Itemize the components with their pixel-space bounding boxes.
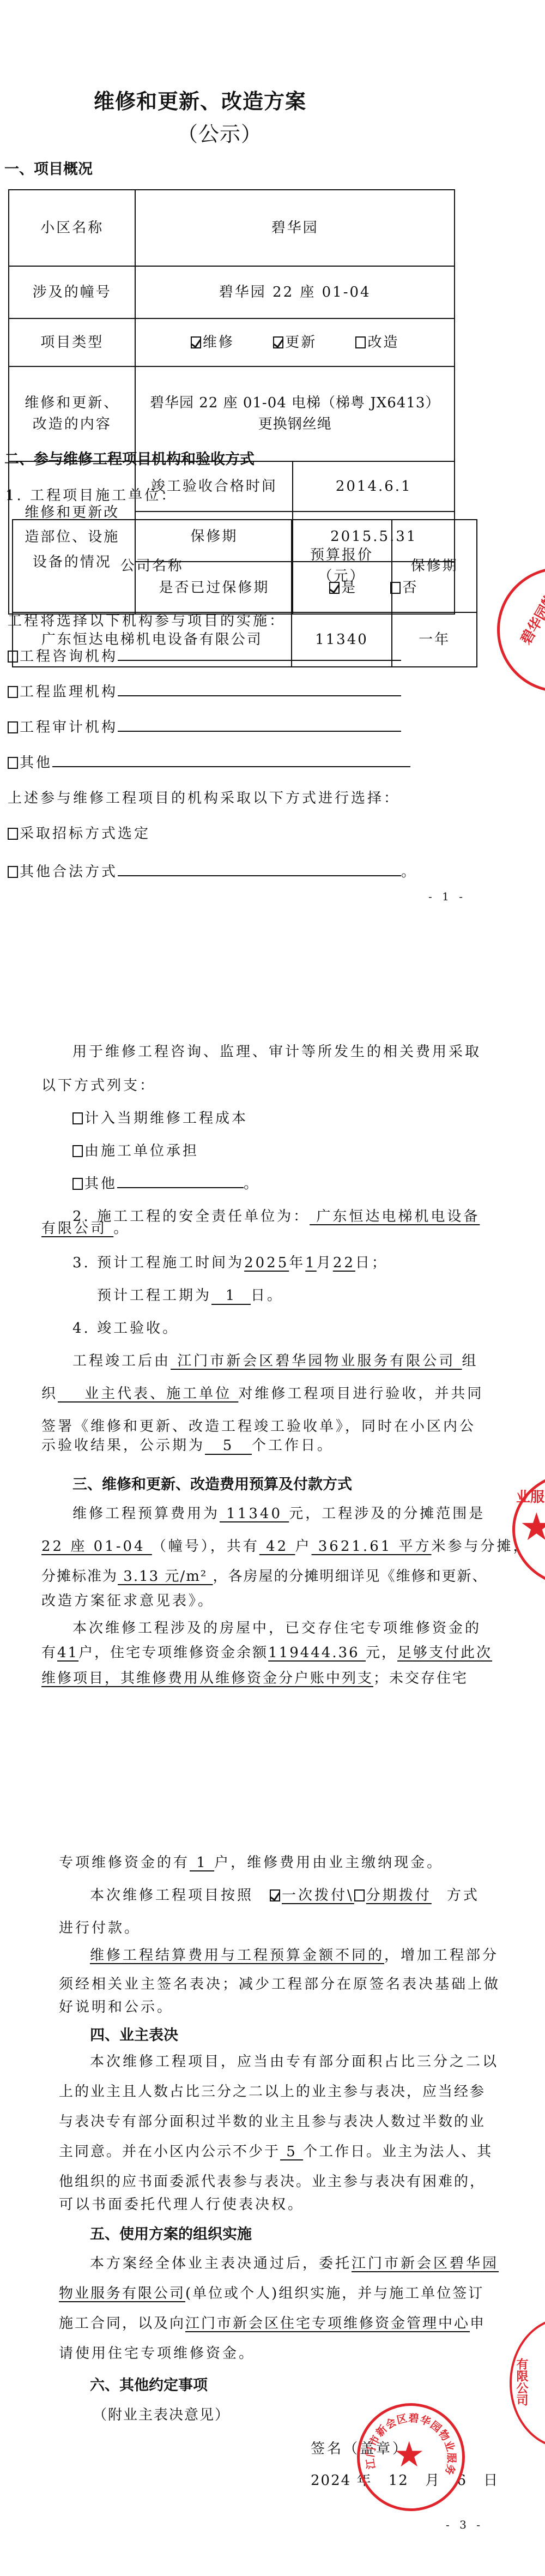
section1-heading: 一、项目概况 bbox=[4, 157, 93, 178]
blank-line[interactable] bbox=[118, 681, 401, 696]
construction-date: 3. 预计工程施工时间为2025年1月22日； bbox=[72, 1251, 388, 1272]
settle-line1: 维修工程结算费用与工程预算金额不同的，增加工程部分 bbox=[90, 1944, 499, 1964]
blank-line[interactable] bbox=[118, 646, 401, 661]
checkbox-checked-icon[interactable] bbox=[273, 336, 283, 348]
company-seal: 碧华园物 bbox=[497, 567, 545, 693]
checkbox-empty-icon[interactable] bbox=[8, 721, 18, 733]
contractor-item-label: 1. 工程项目施工单位： bbox=[5, 484, 177, 504]
section5-heading: 五、使用方案的组织实施 bbox=[90, 2222, 252, 2243]
community-label: 小区名称 bbox=[9, 190, 135, 266]
payment-line2: 进行付款。 bbox=[59, 1917, 141, 1937]
fund-line3: 维修项目，其维修费用从维修资金分户账中列支；未交存住宅 bbox=[41, 1667, 468, 1687]
company-seal-main: 江门市新会区碧华园物业服务有限公司 ★ bbox=[357, 2403, 465, 2511]
checkbox-empty-icon[interactable] bbox=[72, 1112, 83, 1124]
header-price: 预算报价 （元） bbox=[292, 520, 392, 612]
method-option-other[interactable]: 其他合法方式。 bbox=[8, 860, 417, 881]
section4-heading: 四、业主表决 bbox=[90, 2023, 178, 2044]
vote-line3: 与表决专有部分面积过半数的业主且参与表决人数过半数的业 bbox=[59, 2110, 486, 2130]
vote-line1: 本次维修工程项目，应当由专有部分面积占比三分之二以 bbox=[90, 2050, 499, 2071]
vote-line6: 可以书面委托代理人行使表决权。 bbox=[59, 2193, 304, 2213]
agency-option-supervision[interactable]: 工程监理机构 bbox=[8, 681, 401, 701]
impl-line1: 本方案经全体业主表决通过后，委托江门市新会区碧华园 bbox=[90, 2252, 499, 2272]
agency-option-audit[interactable]: 工程审计机构 bbox=[8, 716, 401, 736]
impl-line2: 物业服务有限公司(单位或个人)组织实施，并与施工单位签订 bbox=[59, 2282, 484, 2302]
fee-paragraph-line1: 用于维修工程咨询、监理、审计等所发生的相关费用采取 bbox=[72, 1040, 481, 1061]
header-warranty: 保修期 bbox=[392, 520, 477, 612]
document-title: 维修和更新、改造方案 bbox=[94, 85, 306, 115]
star-icon: ★ bbox=[519, 1508, 545, 1546]
vote-line5: 他组织的应书面委派代表参与表决。业主参与表决有困难的， bbox=[59, 2170, 486, 2190]
type-option-update[interactable]: 更新 bbox=[273, 334, 317, 351]
checkbox-checked-icon[interactable] bbox=[191, 336, 201, 348]
impl-line4: 请使用住宅专项维修资金。 bbox=[59, 2342, 255, 2362]
method-intro: 上述参与维修工程项目的机构采取以下方式进行选择： bbox=[8, 787, 400, 807]
type-options: 维修 更新 改造 bbox=[135, 318, 455, 366]
checkbox-empty-icon[interactable] bbox=[8, 866, 18, 878]
fee-option-cost[interactable]: 计入当期维修工程成本 bbox=[72, 1107, 248, 1127]
acceptance-value: 2014.6.1 bbox=[293, 461, 455, 511]
budget-line1: 维修工程预算费用为 11340 元，工程涉及的分摊范围是 bbox=[72, 1502, 485, 1522]
item4-acceptance: 4. 竣工验收。 bbox=[72, 1317, 179, 1337]
checkbox-empty-icon[interactable] bbox=[8, 651, 18, 663]
contractor-warranty: 一年 bbox=[392, 612, 477, 667]
nofund-line: 专项维修资金的有 1 户，维修费用由业主缴纳现金。 bbox=[59, 1851, 443, 1871]
blank-line[interactable] bbox=[118, 717, 401, 732]
building-value: 碧华园 22 座 01-04 bbox=[135, 266, 455, 318]
checkbox-empty-icon[interactable] bbox=[72, 1145, 83, 1157]
safety-unit-line2: 有限公司 。 bbox=[41, 1217, 130, 1237]
budget-line2: 22 座 01-04 （幢号），共有 42 户 3621.61 平方米参与分摊， bbox=[41, 1535, 530, 1555]
payment-line1: 本次维修工程项目按照一次拨付\分期拨付方式 bbox=[90, 1884, 480, 1904]
budget-line4: 改造方案征求意见表》。 bbox=[41, 1590, 214, 1610]
checkbox-empty-icon[interactable] bbox=[8, 828, 18, 840]
building-label: 涉及的幢号 bbox=[9, 266, 135, 318]
blank-line[interactable] bbox=[117, 1173, 244, 1188]
community-value: 碧华园 bbox=[135, 190, 455, 266]
acceptance-para-line3: 签署《维修和更新、改造工程竣工验收单》，同时在小区内公 bbox=[41, 1415, 476, 1435]
section6-heading: 六、其他约定事项 bbox=[90, 2373, 208, 2394]
page-number-1: - 1 - bbox=[428, 890, 466, 903]
acceptance-para-line4: 示验收结果，公示期为5个工作日。 bbox=[41, 1434, 334, 1455]
blank-line[interactable] bbox=[52, 752, 410, 767]
company-seal: 业服务 ★ bbox=[512, 1472, 545, 1587]
page-number-3: - 3 - bbox=[446, 2518, 483, 2531]
settle-line2: 须经相关业主签名表决；减少工程部分在原签名表决基础上做 bbox=[59, 1973, 500, 1993]
impl-line3: 施工合同，以及向江门市新会区住宅专项维修资金管理中心申 bbox=[59, 2312, 486, 2332]
checkbox-empty-icon[interactable] bbox=[8, 686, 18, 698]
fee-option-other[interactable]: 其他。 bbox=[72, 1172, 260, 1193]
checkbox-empty-icon[interactable] bbox=[72, 1178, 83, 1190]
budget-line3: 分摊标准为 3.13 元/m² ，各房屋的分摊明细详见《维修和更新、 bbox=[41, 1565, 488, 1585]
header-company: 公司名称 bbox=[13, 520, 292, 612]
fee-paragraph-line2: 以下方式列支： bbox=[41, 1074, 156, 1094]
document-subtitle: （公示） bbox=[177, 117, 262, 147]
settle-line3: 好说明和公示。 bbox=[59, 1996, 173, 2016]
checkbox-empty-icon[interactable] bbox=[354, 1889, 365, 1901]
acceptance-para-line2: 织 业主代表、施工单位 对维修工程项目进行验收，并共同 bbox=[41, 1382, 483, 1403]
method-option-tender[interactable]: 采取招标方式选定 bbox=[8, 822, 150, 842]
fee-option-contractor[interactable]: 由施工单位承担 bbox=[72, 1140, 199, 1160]
agency-option-consulting[interactable]: 工程咨询机构 bbox=[8, 645, 401, 665]
type-option-repair[interactable]: 维修 bbox=[191, 334, 234, 351]
checkbox-checked-icon[interactable] bbox=[270, 1889, 280, 1901]
construction-duration: 预计工程工期为1日。 bbox=[97, 1284, 283, 1305]
section3-heading: 三、维修和更新、改造费用预算及付款方式 bbox=[72, 1472, 352, 1494]
acceptance-para-line1: 工程竣工后由 江门市新会区碧华园物业服务有限公司 组 bbox=[72, 1350, 479, 1370]
attachment-note: （附业主表决意见） bbox=[93, 2404, 230, 2424]
type-label: 项目类型 bbox=[9, 318, 135, 366]
section2-heading: 二、参与维修工程项目机构和验收方式 bbox=[4, 447, 255, 468]
vote-line2: 上的业主且人数占比三分之二以上的业主参与表决，应当经参 bbox=[59, 2080, 486, 2100]
checkbox-empty-icon[interactable] bbox=[355, 336, 366, 348]
vote-line4: 主同意。并在小区内公示不少于 5 个工作日。业主为法人、其 bbox=[59, 2140, 493, 2160]
type-option-renovate[interactable]: 改造 bbox=[355, 334, 399, 351]
fund-line2: 有41户，住宅专项维修资金余额119444.36 元，足够支付此次 bbox=[41, 1641, 492, 1662]
checkbox-empty-icon[interactable] bbox=[8, 757, 18, 769]
star-icon: ★ bbox=[393, 2437, 425, 2472]
blank-line[interactable] bbox=[118, 861, 401, 876]
fund-line1: 本次维修工程涉及的房屋中，已交存住宅专项维修资金的 bbox=[72, 1617, 481, 1637]
company-seal: 有限公司 bbox=[510, 2318, 545, 2448]
agency-intro: 工程将选择以下机构参与项目的实施： bbox=[8, 610, 286, 630]
agency-option-other[interactable]: 其他 bbox=[8, 751, 410, 772]
safety-unit-line1: 2. 施工工程的安全责任单位为： 广东恒达电梯机电设备 bbox=[72, 1205, 480, 1225]
payment-options: 一次拨付\分期拨付 bbox=[253, 1887, 447, 1904]
